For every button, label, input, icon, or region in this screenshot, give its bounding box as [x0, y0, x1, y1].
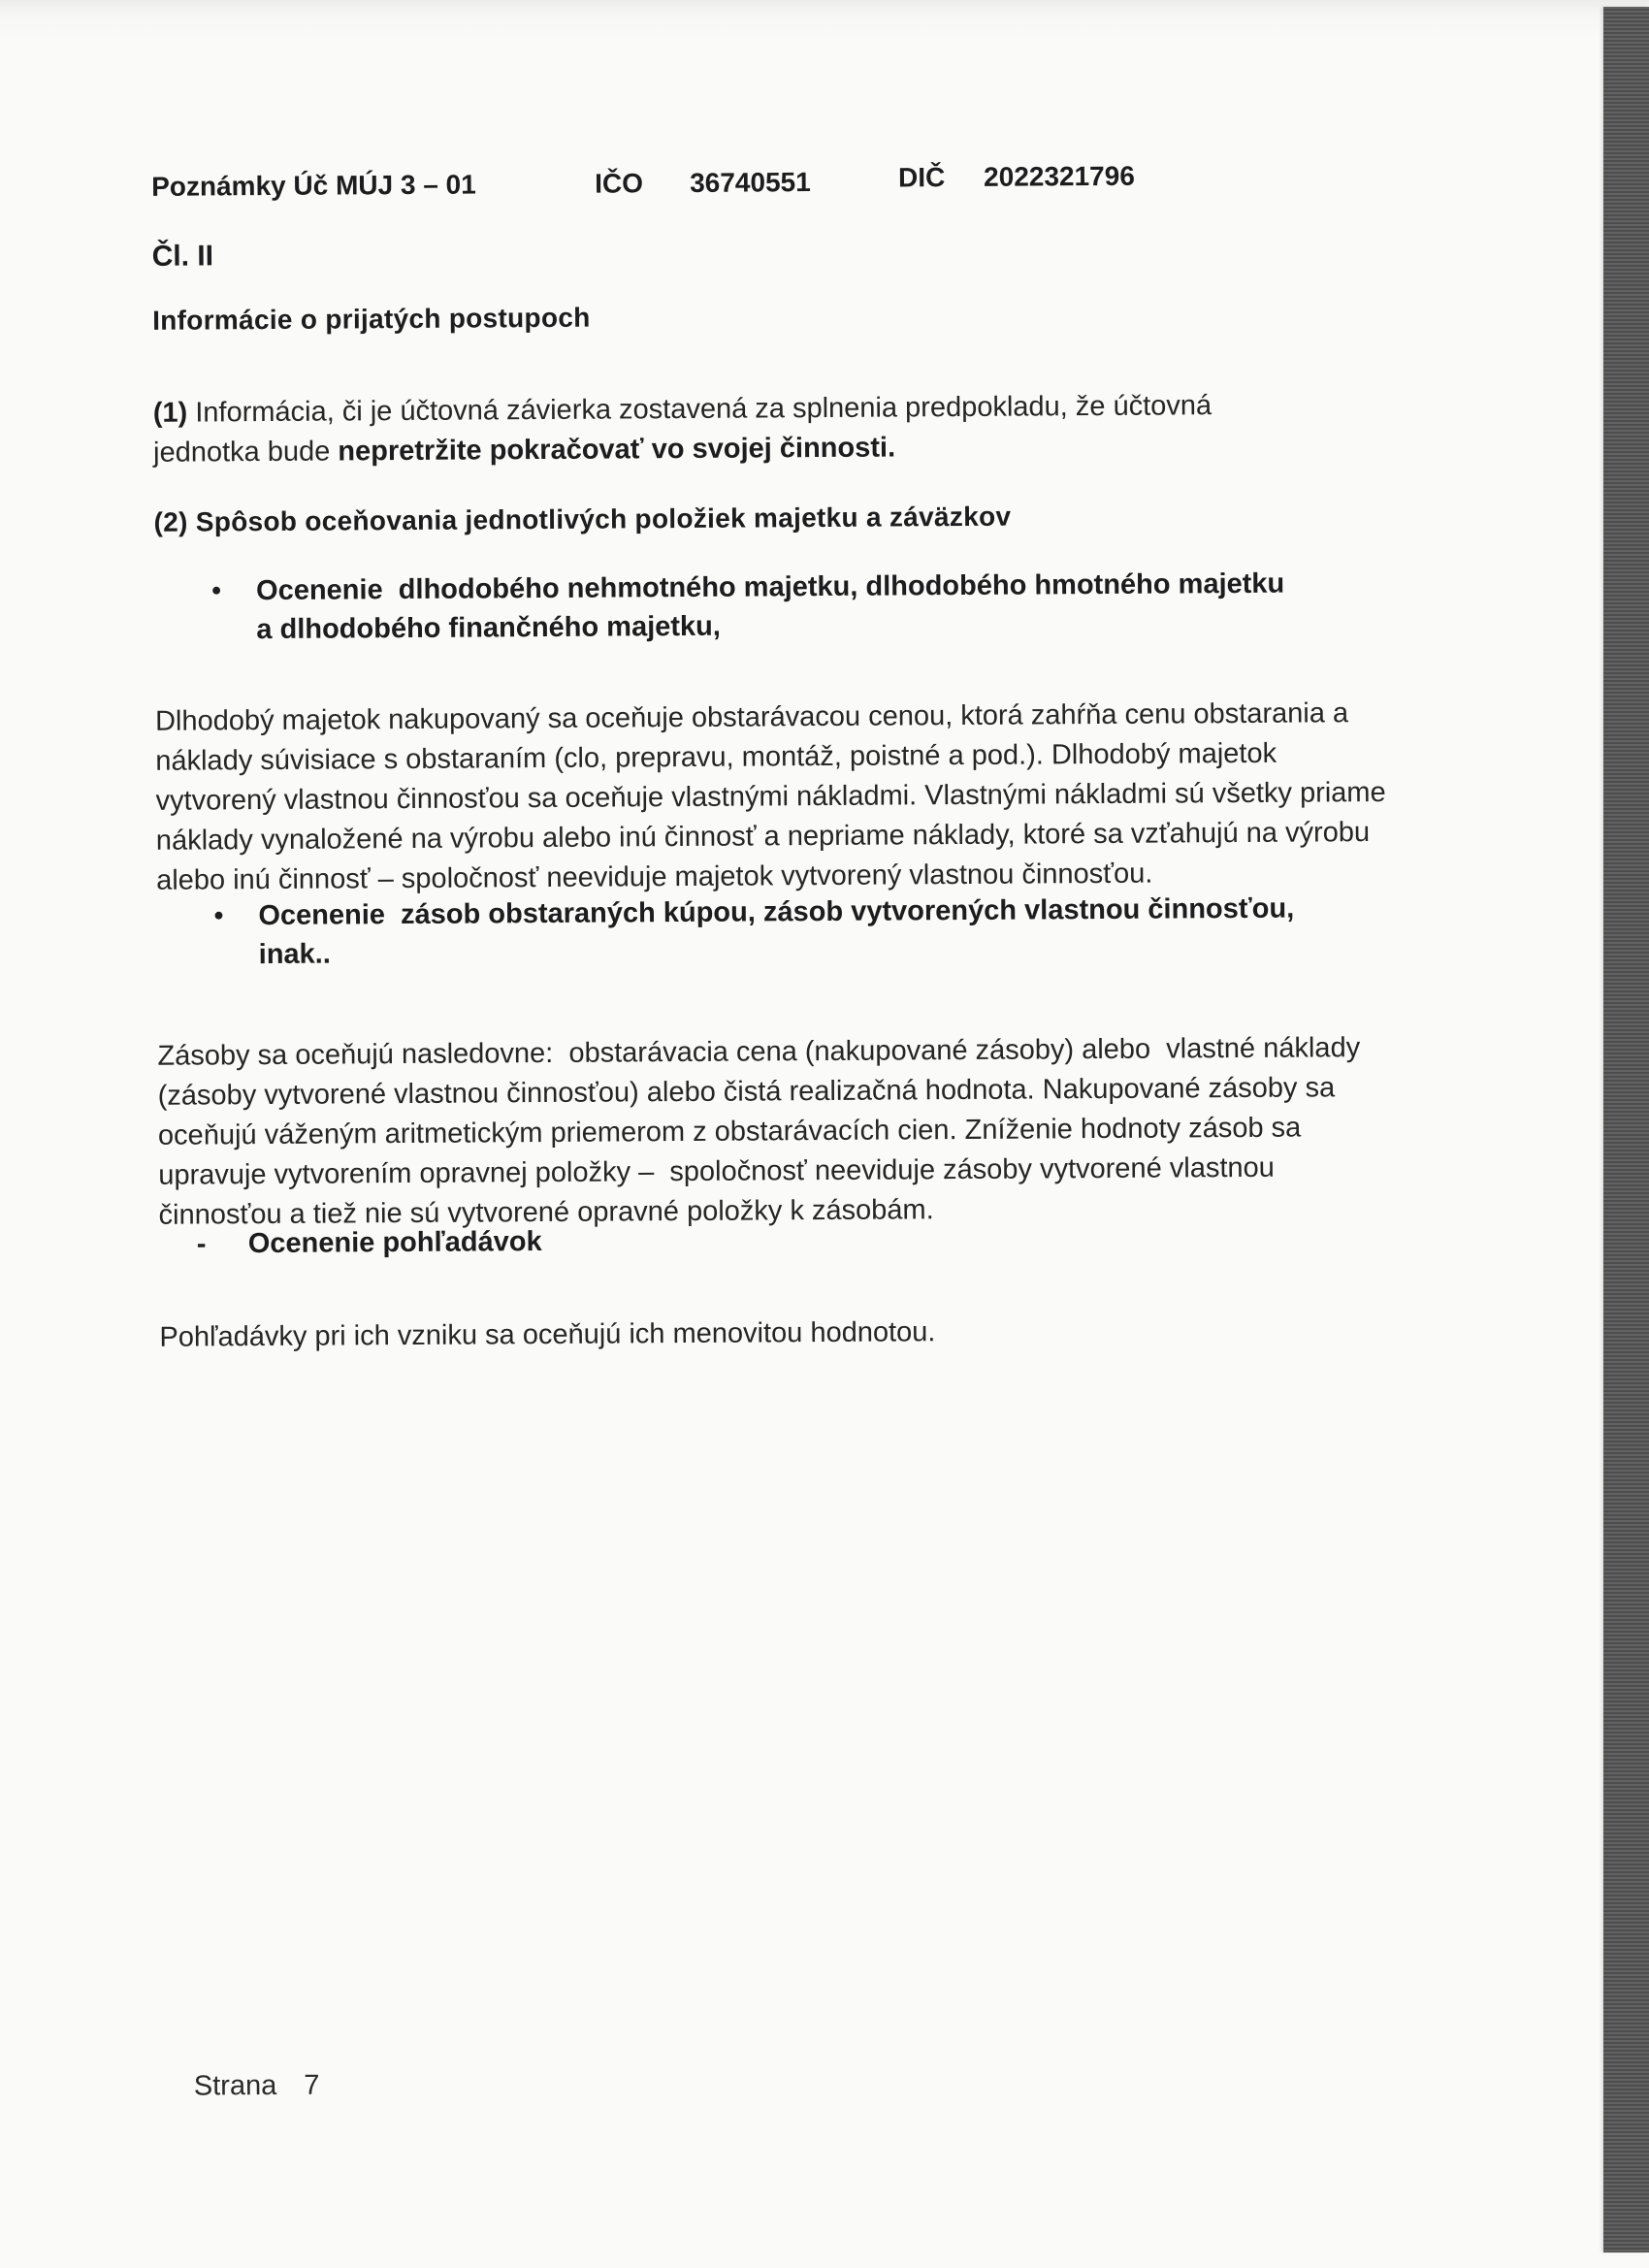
- bullet-3-text: Ocenenie pohľadávok: [248, 1215, 1461, 1263]
- paragraph-receivables: Pohľadávky pri ich vzniku sa oceňujú ich…: [159, 1309, 1556, 1358]
- paragraph-1-emphasis: nepretržite pokračovať vo svojej činnost…: [338, 432, 895, 467]
- section2-heading: (2) Spôsob oceňovania jednotlivých polož…: [153, 498, 1511, 538]
- section1-heading: Informácie o prijatých postupoch: [152, 303, 591, 337]
- paragraph-going-concern: (1) Informácia, či je účtovná závierka z…: [153, 384, 1551, 473]
- ico-value: 36740551: [690, 167, 811, 199]
- bullet-2-text: Ocenenie zásob obstaraných kúpou, zásob …: [258, 888, 1471, 974]
- document-header: Poznámky Úč MÚJ 3 – 01 IČO 36740551 DIČ …: [151, 163, 1315, 210]
- bullet-1-text: Ocenenie dlhodobého nehmotného majetku, …: [256, 563, 1470, 649]
- bullet-dot-icon: •: [213, 896, 259, 974]
- page-number: 7: [304, 2070, 319, 2101]
- bullet-item-inventory: • Ocenenie zásob obstaraných kúpou, záso…: [213, 888, 1471, 974]
- article-heading: Čl. II: [152, 240, 214, 273]
- scanner-edge-strip: [1603, 7, 1649, 2252]
- bullet-dot-icon: •: [211, 571, 257, 649]
- paragraph-1-number: (1): [153, 398, 188, 429]
- paragraph-inventory: Zásoby sa oceňujú nasledovne: obstarávac…: [157, 1027, 1555, 1236]
- page-footer: Strana7: [194, 2070, 320, 2103]
- bullet-item-receivables: - Ocenenie pohľadávok: [197, 1215, 1461, 1263]
- paragraph-long-term-assets: Dlhodobý majetok nakupovaný sa oceňuje o…: [155, 693, 1553, 901]
- document-content: Poznámky Úč MÚJ 3 – 01 IČO 36740551 DIČ …: [0, 0, 1649, 2268]
- dash-marker-icon: -: [197, 1224, 248, 1263]
- footer-label: Strana: [194, 2070, 277, 2102]
- dic-value: 2022321796: [984, 161, 1135, 193]
- ico-label: IČO: [595, 168, 643, 199]
- scanned-document-page: Poznámky Úč MÚJ 3 – 01 IČO 36740551 DIČ …: [0, 0, 1649, 2268]
- bullet-item-long-term-assets: • Ocenenie dlhodobého nehmotného majetku…: [211, 563, 1470, 649]
- form-id: Poznámky Úč MÚJ 3 – 01: [151, 169, 476, 202]
- dic-label: DIČ: [898, 162, 945, 193]
